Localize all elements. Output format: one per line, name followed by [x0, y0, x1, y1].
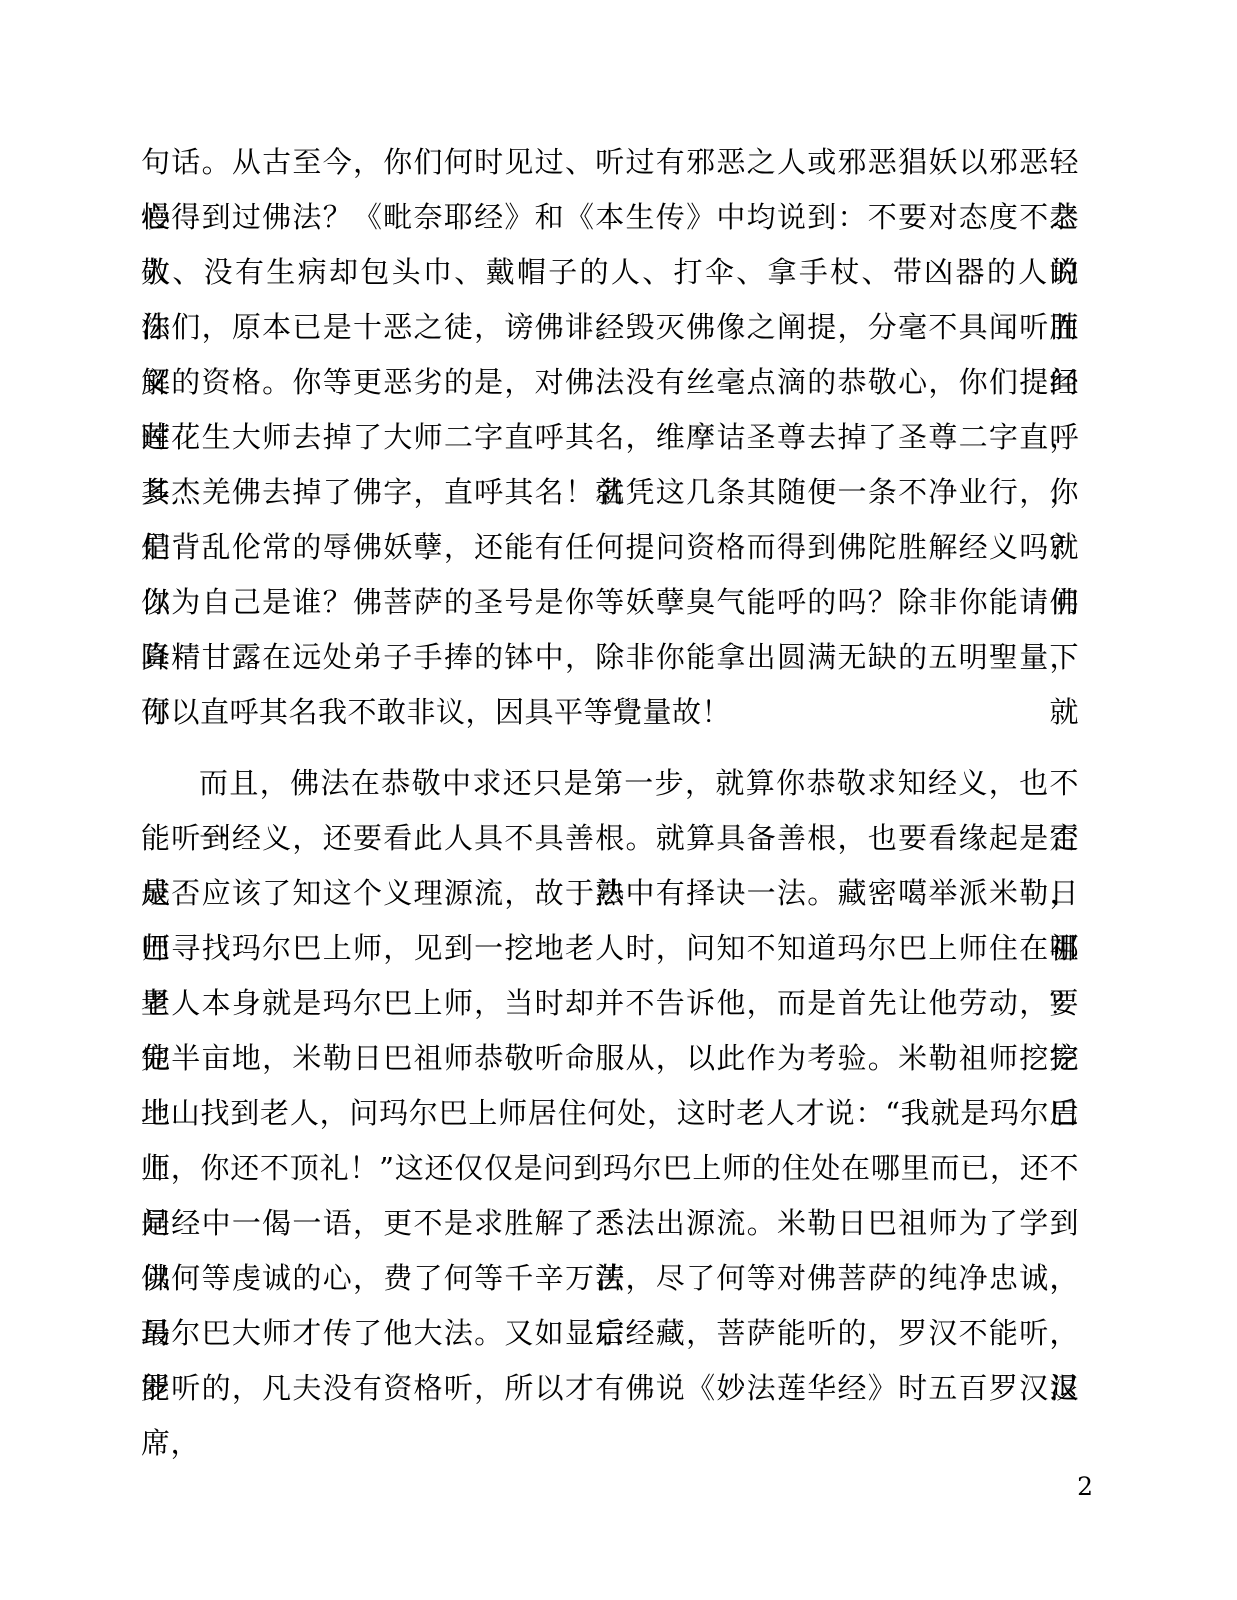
text-line: 完半亩地，米勒日巴祖师恭敬听命服从，以此作为考验。米勒祖师挖完地后 [141, 1031, 1079, 1086]
text-line: 真精甘露在远处弟子手捧的钵中，除非你能拿出圆满无缺的五明聖量，你就 [141, 630, 1079, 685]
text-line: 上山找到老人，问玛尔巴上师居住何处，这时老人才说：“我就是玛尔巴上 [141, 1086, 1079, 1141]
text-line: 能听到经义，还要看此人具不具善根。就算具备善根，也要看缘起是否成熟， [141, 811, 1079, 866]
document-page: 句话。从古至今，你们何时见过、听过有邪恶之人或邪恶猖妖以邪恶轻慢之 心得到过佛法… [0, 0, 1237, 1600]
paragraph-1: 句话。从古至今，你们何时见过、听过有邪恶之人或邪恶猖妖以邪恶轻慢之 心得到过佛法… [141, 135, 1079, 740]
text-line: 人、没有生病却包头巾、戴帽子的人、打伞、拿手杖、带凶器的人说法。而 [141, 245, 1079, 300]
text-block: 句话。从古至今，你们何时见过、听过有邪恶之人或邪恶猖妖以邪恶轻慢之 心得到过佛法… [141, 135, 1079, 1416]
text-line: 莲花生大师去掉了大师二字直呼其名，维摩诘圣尊去掉了圣尊二字直呼其名， [141, 410, 1079, 465]
text-line: 师寻找玛尔巴上师，见到一挖地老人时，问知不知道玛尔巴上师住在哪里？ [141, 921, 1079, 976]
text-line: 是背乱伦常的辱佛妖孽，还能有任何提问资格而得到佛陀胜解经义吗？你们 [141, 520, 1079, 575]
text-line: 师，你还不顶礼！”这还仅仅是问到玛尔巴上师的住处在哪里而已，还不是 [141, 1141, 1079, 1196]
text-line: 能听的，凡夫没有资格听，所以才有佛说《妙法莲华经》时五百罗汉退席， [141, 1361, 1079, 1416]
text-line: 多杰羌佛去掉了佛字，直呼其名！就凭这几条其随便一条不净业行，你们就 [141, 465, 1079, 520]
text-line: 以何等虔诚的心，费了何等千辛万苦，尽了何等对佛菩萨的纯净忠诚，最后， [141, 1251, 1079, 1306]
text-line: 你们，原本已是十恶之徒，谤佛诽经毁灭佛像之阐提，分毫不具闻听胜解经 [141, 300, 1079, 355]
text-line: 句话。从古至今，你们何时见过、听过有邪恶之人或邪恶猖妖以邪恶轻慢之 [141, 135, 1079, 190]
text-line: 是否应该了知这个义理源流，故于法中有择诀一法。藏密噶举派米勒日巴祖 [141, 866, 1079, 921]
text-line: 义的资格。你等更恶劣的是，对佛法没有丝毫点滴的恭敬心，你们提问时， [141, 355, 1079, 410]
text-line: 老人本身就是玛尔巴上师，当时却并不告诉他，而是首先让他劳动，要他挖 [141, 976, 1079, 1031]
text-line: 而且，佛法在恭敬中求还只是第一步，就算你恭敬求知经义，也不一定 [141, 756, 1079, 811]
paragraph-2: 而且，佛法在恭敬中求还只是第一步，就算你恭敬求知经义，也不一定 能听到经义，还要… [141, 756, 1079, 1416]
text-line: 以为自己是谁？佛菩萨的圣号是你等妖孽臭气能呼的吗？除非你能请佛降下 [141, 575, 1079, 630]
text-line: 心得到过佛法？《毗奈耶经》和《本生传》中均说到：不要对态度不恭敬的 [141, 190, 1079, 245]
text-line: 玛尔巴大师才传了他大法。又如显宗经藏，菩萨能听的，罗汉不能听，罗汉 [141, 1306, 1079, 1361]
text-line: 问经中一偈一语，更不是求胜解了悉法出源流。米勒日巴祖师为了学到佛法， [141, 1196, 1079, 1251]
page-number: 2 [141, 1472, 1093, 1502]
